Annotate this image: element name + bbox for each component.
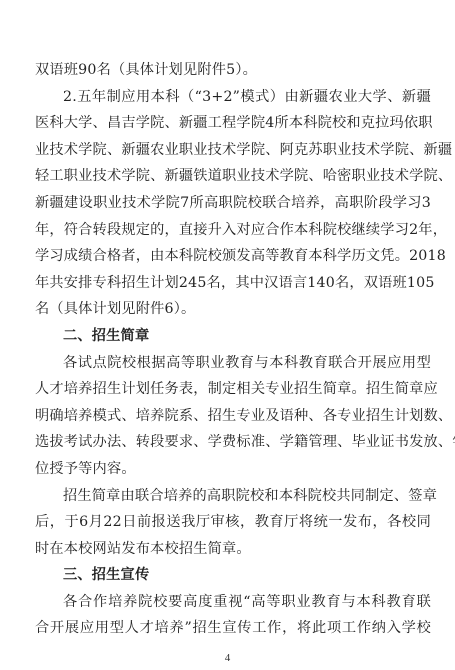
paragraph-line: 招生简章由联合培养的高职院校和本科院校共同制定、签章 xyxy=(35,483,431,510)
section-heading: 二、招生简章 xyxy=(35,323,431,350)
paragraph-line: 明确培养模式、培养院系、招生专业及语种、各专业招生计划数、 xyxy=(35,403,431,430)
paragraph-line: 2.五年制应用本科（“3+2”模式）由新疆农业大学、新疆 xyxy=(35,84,431,111)
paragraph-line: 后，于6月22日前报送我厅审核，教育厅将统一发布，各校同 xyxy=(35,509,431,536)
page-number: 4 xyxy=(0,652,455,664)
paragraph-line: 业技术学院、新疆农业职业技术学院、阿克苏职业技术学院、新疆 xyxy=(35,137,431,164)
document-body: 双语班90名（具体计划见附件5）。 2.五年制应用本科（“3+2”模式）由新疆农… xyxy=(35,57,431,642)
paragraph-line: 合开展应用型人才培养”招生宣传工作，将此项工作纳入学校 xyxy=(35,615,431,642)
paragraph-line: 名（具体计划见附件6）。 xyxy=(35,296,431,323)
paragraph-line: 年共安排专科招生计划245名，其中汉语言140名，双语班105 xyxy=(35,270,431,297)
paragraph-line: 学习成绩合格者，由本科院校颁发高等教育本科学历文凭。2018 xyxy=(35,243,431,270)
paragraph-line: 双语班90名（具体计划见附件5）。 xyxy=(35,57,431,84)
paragraph-line: 各试点院校根据高等职业教育与本科教育联合开展应用型 xyxy=(35,350,431,377)
paragraph-line: 位授予等内容。 xyxy=(35,456,431,483)
paragraph-line: 新疆建设职业技术学院7所高职院校联合培养，高职阶段学习3 xyxy=(35,190,431,217)
paragraph-line: 轻工职业技术学院、新疆铁道职业技术学院、哈密职业技术学院、 xyxy=(35,163,431,190)
paragraph-line: 时在本校网站发布本校招生简章。 xyxy=(35,536,431,563)
paragraph-line: 选拔考试办法、转段要求、学费标准、学籍管理、毕业证书发放、学 xyxy=(35,429,431,456)
paragraph-line: 年，符合转段规定的，直接升入对应合作本科院校继续学习2年， xyxy=(35,217,431,244)
paragraph-line: 医科大学、昌吉学院、新疆工程学院4所本科院校和克拉玛依职 xyxy=(35,110,431,137)
paragraph-line: 各合作培养院校要高度重视“高等职业教育与本科教育联 xyxy=(35,589,431,616)
section-heading: 三、招生宣传 xyxy=(35,562,431,589)
paragraph-line: 人才培养招生计划任务表，制定相关专业招生简章。招生简章应 xyxy=(35,376,431,403)
